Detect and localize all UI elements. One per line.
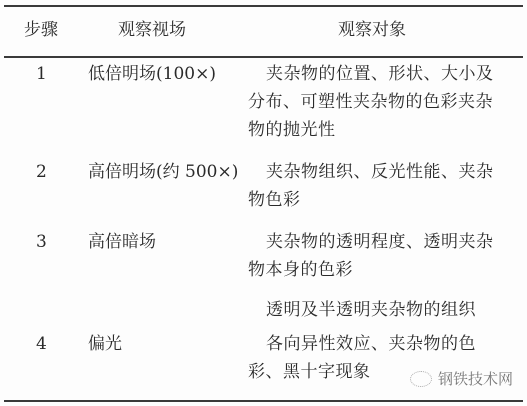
- row-4-step: 4: [36, 330, 47, 358]
- row-1-step: 1: [36, 60, 47, 88]
- watermark: 钢铁技术网: [410, 368, 513, 389]
- row-1-objects: 夹杂物的位置、形状、大小及分布、可塑性夹杂物的色彩夹杂物的抛光性: [248, 60, 510, 144]
- row-3-step: 3: [36, 228, 47, 256]
- watermark-text: 钢铁技术网: [438, 368, 513, 389]
- row-2-field: 高倍明场(约 500×): [88, 158, 238, 186]
- table-header-rule: [4, 56, 523, 58]
- table-top-rule: [4, 5, 523, 7]
- row-4-field: 偏光: [88, 330, 122, 358]
- header-step: 步骤: [24, 16, 58, 44]
- row-2-step: 2: [36, 158, 47, 186]
- header-field: 观察视场: [118, 16, 186, 44]
- row-3-field: 高倍暗场: [88, 228, 156, 256]
- row-2-objects: 夹杂物组织、反光性能、夹杂物色彩: [248, 158, 510, 214]
- row-3-objects: 夹杂物的透明程度、透明夹杂物本身的色彩: [248, 228, 510, 284]
- row-1-field: 低倍明场(100×): [88, 60, 216, 88]
- table-bottom-rule: [4, 400, 523, 402]
- row-4-objects-pre: 透明及半透明夹杂物的组织: [248, 296, 510, 324]
- header-objects: 观察对象: [338, 16, 406, 44]
- wechat-icon: [410, 371, 432, 387]
